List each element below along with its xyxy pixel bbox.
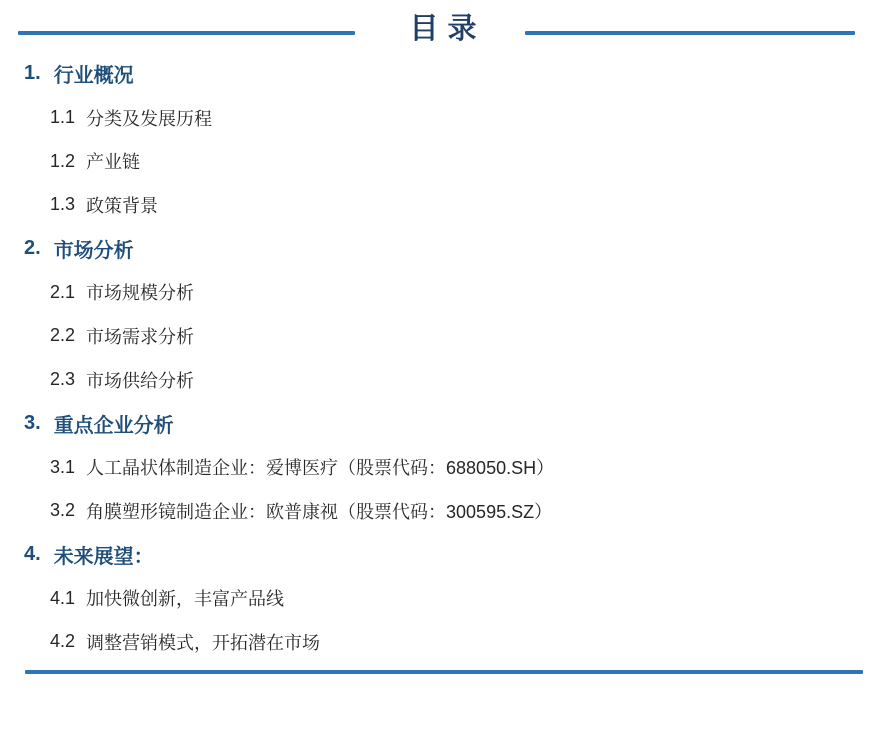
entry-number: 1.1 (50, 107, 75, 128)
toc-entry-2-3: 2.3 市场供给分析 (0, 358, 886, 402)
toc-entry-2-1: 2.1 市场规模分析 (0, 270, 886, 314)
section-title: 重点企业分析 (54, 409, 174, 438)
entry-number: 3.1 (50, 457, 75, 478)
section-number: 4. (24, 543, 41, 566)
toc-entry-1-2: 1.2 产业链 (0, 139, 886, 183)
entry-label: 政策背景 (86, 192, 158, 218)
entry-number: 2.2 (50, 325, 75, 346)
entry-number: 3.2 (50, 500, 75, 521)
toc-entry-3-2: 3.2 角膜塑形镜制造企业：欧普康视（股票代码：300595.SZ） (0, 489, 886, 533)
entry-label: 加快微创新，丰富产品线 (86, 585, 284, 611)
entry-number: 4.1 (50, 588, 75, 609)
toc-entry-3-1: 3.1 人工晶状体制造企业：爱博医疗（股票代码：688050.SH） (0, 445, 886, 489)
title-divider-right (525, 31, 855, 35)
section-title: 市场分析 (54, 234, 134, 263)
section-title: 未来展望： (54, 540, 154, 569)
entry-label: 市场需求分析 (86, 323, 194, 349)
entry-label: 分类及发展历程 (86, 105, 212, 131)
section-number: 1. (24, 62, 41, 85)
toc-entry-4-2: 4.2 调整营销模式，开拓潜在市场 (0, 620, 886, 664)
entry-label: 市场规模分析 (86, 279, 194, 305)
entry-number: 2.1 (50, 282, 75, 303)
entry-label: 角膜塑形镜制造企业：欧普康视（股票代码：300595.SZ） (86, 498, 552, 524)
entry-number: 1.2 (50, 151, 75, 172)
footer-divider (25, 670, 863, 674)
toc-entry-1-3: 1.3 政策背景 (0, 183, 886, 227)
page-title: 目录 (0, 13, 886, 45)
entry-label: 人工晶状体制造企业：爱博医疗（股票代码：688050.SH） (86, 454, 554, 480)
entry-number: 1.3 (50, 194, 75, 215)
entry-label: 产业链 (86, 148, 140, 174)
toc-entry-4-1: 4.1 加快微创新，丰富产品线 (0, 576, 886, 620)
page-header: 目录 (0, 0, 886, 52)
section-number: 3. (24, 412, 41, 435)
entry-label: 调整营销模式，开拓潜在市场 (86, 629, 320, 655)
table-of-contents: 1. 行业概况 1.1 分类及发展历程 1.2 产业链 1.3 政策背景 2. … (0, 52, 886, 664)
toc-section-3: 3. 重点企业分析 (0, 402, 886, 446)
toc-section-4: 4. 未来展望： (0, 533, 886, 577)
section-title: 行业概况 (54, 59, 134, 88)
toc-entry-1-1: 1.1 分类及发展历程 (0, 96, 886, 140)
entry-label: 市场供给分析 (86, 367, 194, 393)
entry-number: 2.3 (50, 369, 75, 390)
toc-section-2: 2. 市场分析 (0, 227, 886, 271)
toc-section-1: 1. 行业概况 (0, 52, 886, 96)
section-number: 2. (24, 237, 41, 260)
entry-number: 4.2 (50, 631, 75, 652)
toc-entry-2-2: 2.2 市场需求分析 (0, 314, 886, 358)
